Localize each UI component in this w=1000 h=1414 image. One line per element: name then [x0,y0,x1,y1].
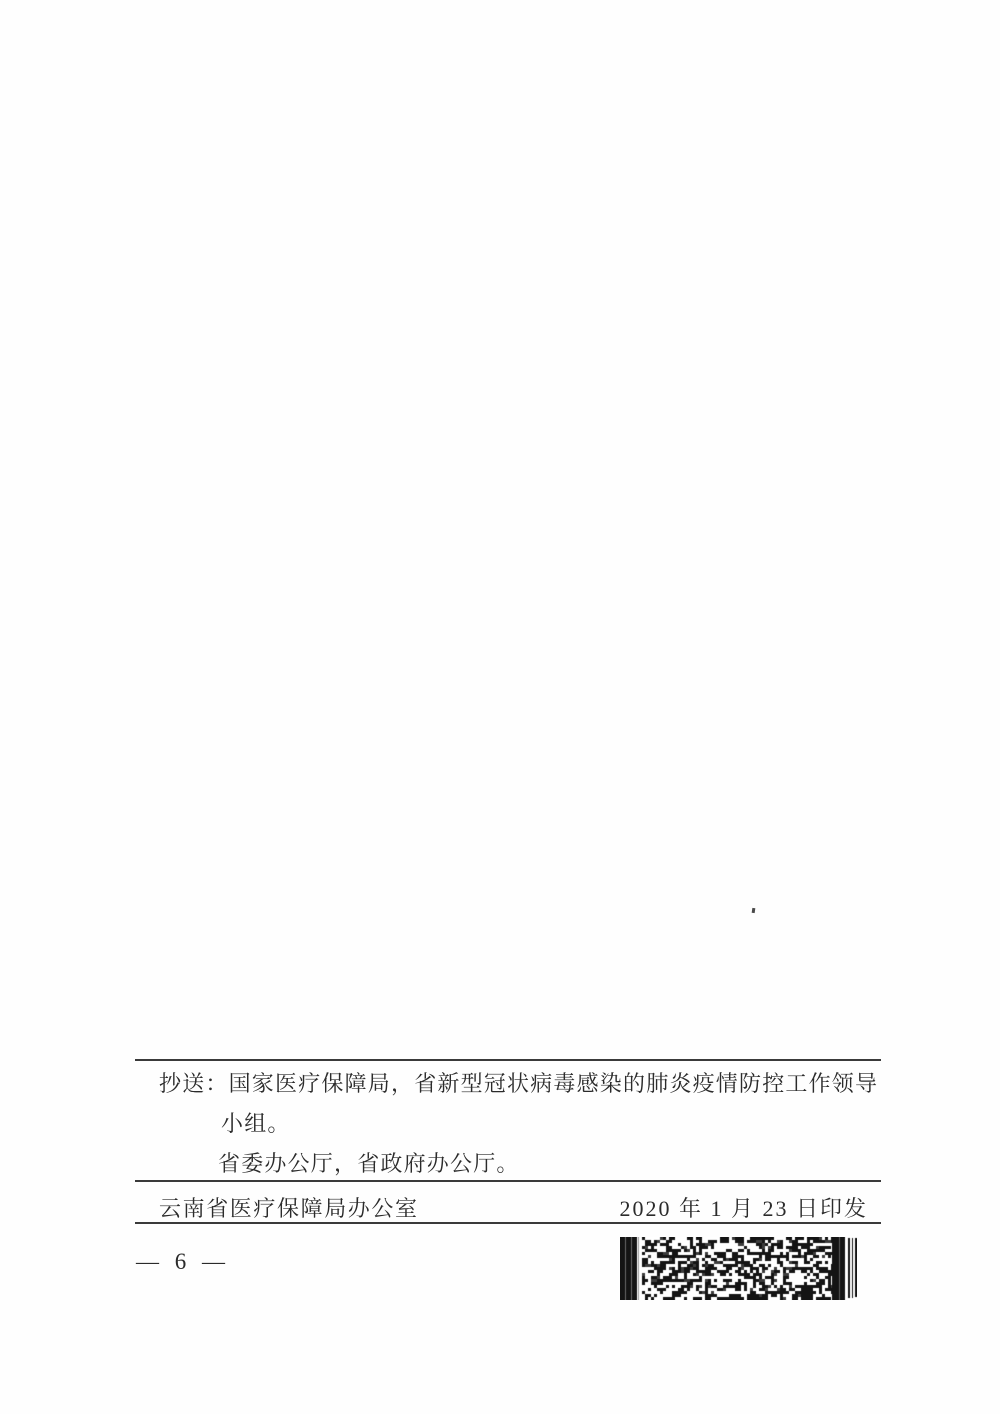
page-number: — 6 — [136,1249,230,1275]
barcode-2d [620,1237,857,1300]
document-page: 抄送：国家医疗保障局，省新型冠状病毒感染的肺炎疫情防控工作领导 小组。 省委办公… [0,0,1000,1414]
cc-recipients-line-2: 小组。 [221,1110,291,1138]
issuing-office: 云南省医疗保障局办公室 [159,1192,419,1223]
footer-divider-bottom [135,1222,881,1224]
cc-recipients-line-3: 省委办公厅，省政府办公厅。 [218,1150,520,1178]
scan-speck [752,908,756,913]
cc-recipients-line-1: 抄送：国家医疗保障局，省新型冠状病毒感染的肺炎疫情防控工作领导 [159,1070,878,1098]
footer-divider-top [135,1059,881,1061]
footer-divider-middle [135,1180,881,1182]
print-date: 2020 年 1 月 23 日印发 [619,1192,868,1223]
